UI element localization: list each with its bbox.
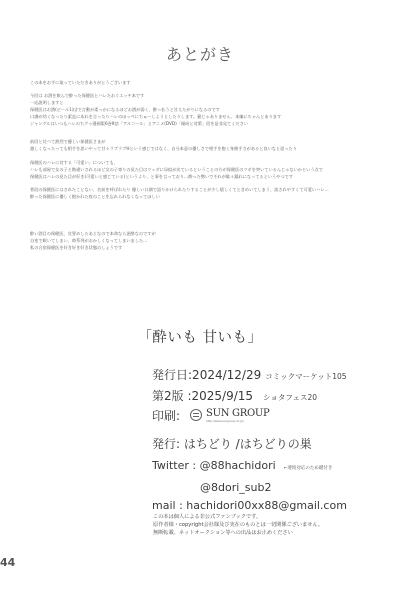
mail-row: mail : hachidori00xx88@gmail.com [152,494,347,513]
disclaimer-line: 無断転載、ネットオークション等への出品はお止めください [153,530,323,538]
twitter-label: Twitter : [152,459,200,472]
book-title: 「酔いも 甘いも」 [0,326,400,347]
issue-date-value: :2024/12/29 [188,368,261,382]
printer-logo: SUN GROUP http://www.sungroup-dc.jp/ [190,409,269,423]
disclaimer: この本は個人による非公式ファンブックです。 原作者様・copyright会社様及… [153,514,323,537]
mail-value: hachidori00xx88@gmail.com [186,499,347,512]
page-number: 44 [0,556,15,569]
second-edition-row: 第2版 :2025/9/15ショタフェス20 [152,385,317,404]
twitter-primary: @88hachidori [200,459,276,472]
twitter-row: Twitter : @88hachidori←連絡対応のため鍵付き [152,459,332,472]
mail-label: mail : [152,499,186,512]
twitter-secondary: @8dori_sub2 [200,481,271,494]
second-edition-label: 第2版 [152,389,184,403]
twitter-note: ←連絡対応のため鍵付き [284,466,333,471]
publisher-row: 発行: はちどり /はちどりの巣 [152,433,312,452]
printer-name: SUN GROUP [206,409,269,419]
publisher-label: 発行: [152,437,180,451]
disclaimer-line: この本は個人による非公式ファンブックです。 [153,514,323,522]
issue-date-row: 発行日:2024/12/29コミックマーケット105 [152,364,347,383]
issue-event: コミックマーケット105 [265,372,346,381]
twitter-secondary-row: @8dori_sub2 [200,476,271,495]
printer-row: 印刷: SUN GROUP http://www.sungroup-dc.jp/ [152,407,269,424]
disclaimer-line: 原作者様・copyright会社様及び実在のものとは一切関係ございません。 [153,522,323,530]
second-edition-event: ショタフェス20 [263,393,317,402]
printer-url: http://www.sungroup-dc.jp/ [206,420,269,423]
publisher-value: はちどり /はちどりの巣 [180,437,312,451]
colophon: 「酔いも 甘いも」 発行日:2024/12/29コミックマーケット105 第2版… [0,0,400,589]
sun-group-logo-icon [190,409,202,421]
issue-date-label: 発行日 [152,368,188,382]
printer-label: 印刷: [152,407,180,424]
printer-logo-text: SUN GROUP http://www.sungroup-dc.jp/ [206,409,269,423]
second-edition-value: :2025/9/15 [184,389,253,403]
